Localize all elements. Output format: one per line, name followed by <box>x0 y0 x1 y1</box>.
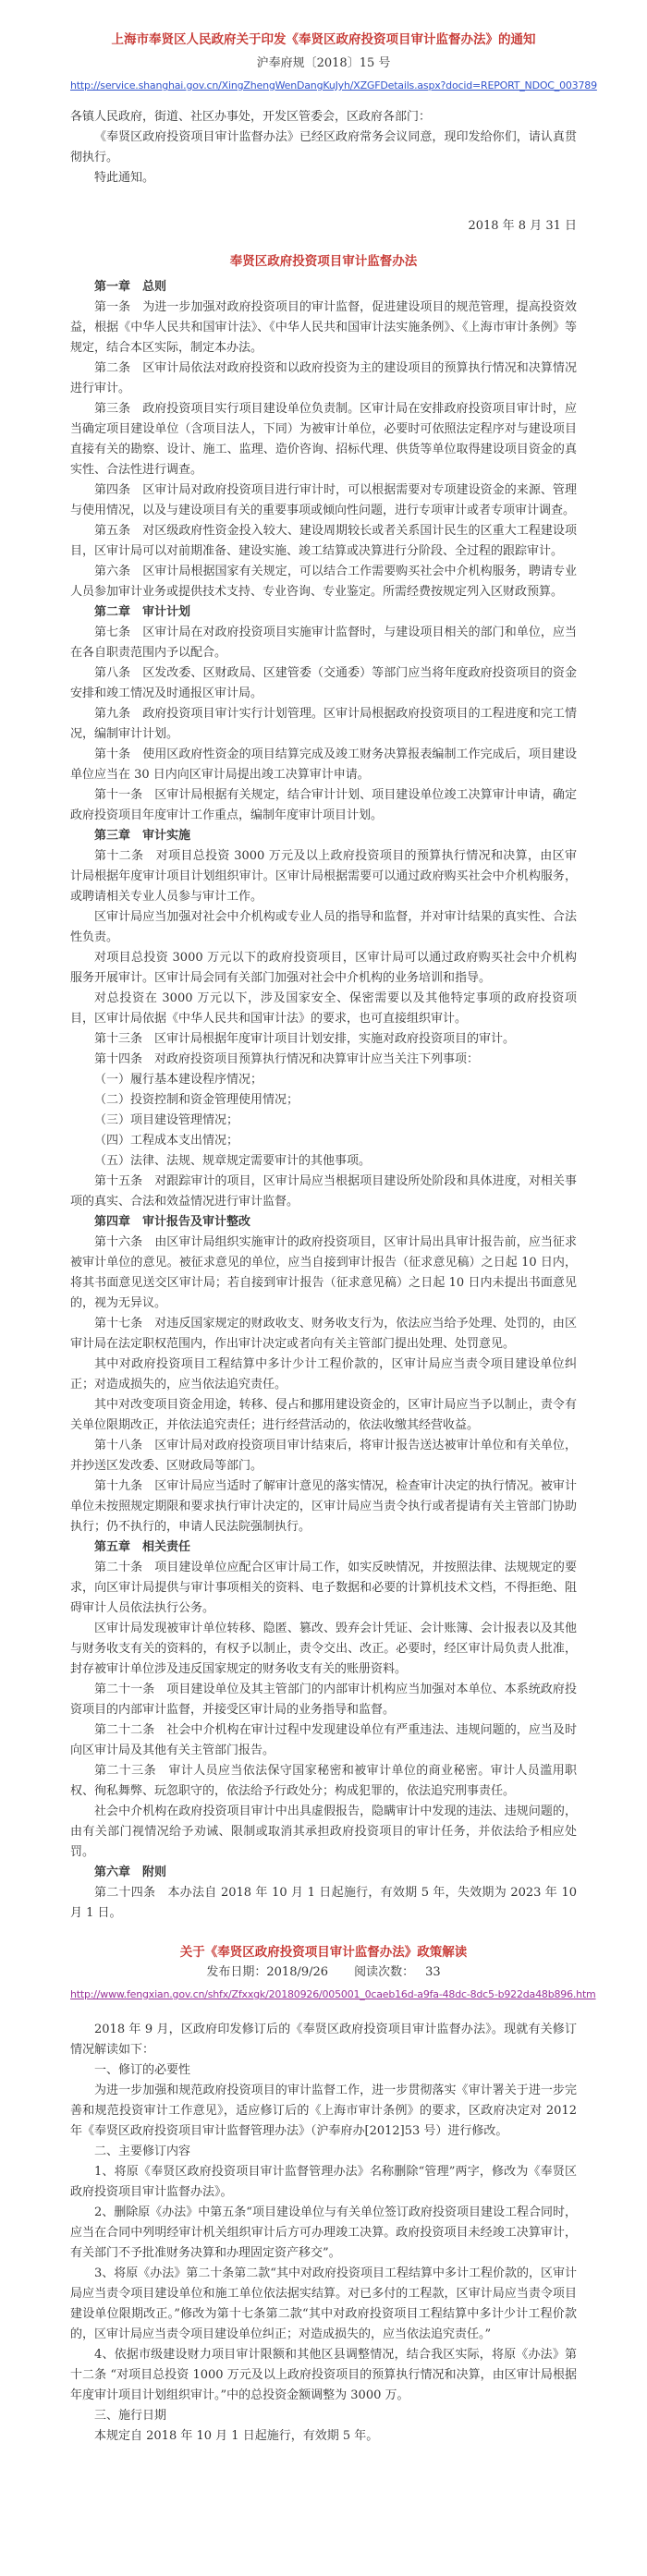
body-paragraph: 第十八条 区审计局对政府投资项目审计结束后，将审计报告送达被审计单位和有关单位，… <box>70 1436 577 1476</box>
body-paragraph: 其中对政府投资项目工程结算中多计少计工程价款的，区审计局应当责令项目建设单位纠正… <box>70 1355 577 1395</box>
issue-date: 2018 年 8 月 31 日 <box>70 216 577 237</box>
measures-section: 奉贤区政府投资项目审计监督办法 第一章 总则第一条 为进一步加强对政府投资项目的… <box>70 251 577 1924</box>
publish-date-value: 2018/9/26 <box>266 1965 328 1979</box>
source-link-line: http://service.shanghai.gov.cn/XingZheng… <box>70 76 577 96</box>
body-paragraph: 第二十三条 审计人员应当依法保守国家秘密和被审计单位的商业秘密。审计人员滥用职权… <box>70 1761 577 1802</box>
body-paragraph: 第二条 区审计局依法对政府投资和以政府投资为主的建设项目的预算执行情况和决算情况… <box>70 358 577 399</box>
body-paragraph: 第一条 为进一步加强对政府投资项目的审计监督，促进建设项目的规范管理，提高投资效… <box>70 298 577 358</box>
body-paragraph: 3、将原《办法》第二十条第二款“其中对政府投资项目工程结算中多计工程价款的，区审… <box>70 2264 577 2345</box>
publish-date-label: 发布日期： <box>206 1965 266 1979</box>
interpretation-title: 关于《奉贤区政府投资项目审计监督办法》政策解读 <box>70 1942 577 1962</box>
body-paragraph: 1、将原《奉贤区政府投资项目审计监督管理办法》名称删除“管理”两字，修改为《奉贤… <box>70 2162 577 2203</box>
body-paragraph: 为进一步加强和规范政府投资项目的审计监督工作，进一步贯彻落实《审计署关于进一步完… <box>70 2081 577 2142</box>
notice-section: 上海市奉贤区人民政府关于印发《奉贤区政府投资项目审计监督办法》的通知 沪奉府规〔… <box>70 30 577 237</box>
read-count-value: 33 <box>425 1965 441 1979</box>
body-paragraph: 第十七条 对违反国家规定的财政收支、财务收支行为，依法应当给予处理、处罚的，由区… <box>70 1314 577 1355</box>
body-paragraph: 社会中介机构在政府投资项目审计中出具虚假报告，隐瞒审计中发现的违法、违规问题的，… <box>70 1802 577 1863</box>
body-paragraph: 第十五条 对跟踪审计的项目，区审计局应当根据项目建设所处阶段和具体进度，对相关事… <box>70 1172 577 1212</box>
body-paragraph: 第二十四条 本办法自 2018 年 10 月 1 日起施行，有效期 5 年，失效… <box>70 1883 577 1924</box>
body-paragraph: 二、主要修订内容 <box>70 2142 577 2162</box>
body-paragraph: （三）项目建设管理情况； <box>70 1111 577 1131</box>
body-paragraph: 第十二条 对项目总投资 3000 万元及以上政府投资项目的预算执行情况和决算，由… <box>70 846 577 907</box>
notice-title: 上海市奉贤区人民政府关于印发《奉贤区政府投资项目审计监督办法》的通知 <box>70 30 577 50</box>
body-paragraph: 第三条 政府投资项目实行项目建设单位负责制。区审计局在安排政府投资项目审计时，应… <box>70 399 577 480</box>
salutation: 各镇人民政府，街道、社区办事处，开发区管委会，区政府各部门： <box>70 107 577 128</box>
body-paragraph: 第六条 区审计局根据国家有关规定，可以结合工作需要购买社会中介机构服务，聘请专业… <box>70 562 577 602</box>
body-paragraph: 第十三条 区审计局根据年度审计项目计划安排，实施对政府投资项目的审计。 <box>70 1029 577 1050</box>
body-paragraph: （四）工程成本支出情况； <box>70 1131 577 1151</box>
document-page: 上海市奉贤区人民政府关于印发《奉贤区政府投资项目审计监督办法》的通知 沪奉府规〔… <box>0 0 647 2576</box>
measures-body: 第一章 总则第一条 为进一步加强对政府投资项目的审计监督，促进建设项目的规范管理… <box>70 277 577 1924</box>
body-paragraph: 第九条 政府投资项目审计实行计划管理。区审计局根据政府投资项目的工程进度和完工情… <box>70 704 577 745</box>
body-paragraph: 第八条 区发改委、区财政局、区建管委（交通委）等部门应当将年度政府投资项目的资金… <box>70 663 577 704</box>
doc-number: 沪奉府规〔2018〕15 号 <box>70 54 577 74</box>
chapter-heading: 第六章 附则 <box>70 1863 577 1883</box>
body-paragraph: （五）法律、法规、规章规定需要审计的其他事项。 <box>70 1151 577 1172</box>
chapter-heading: 第三章 审计实施 <box>70 826 577 846</box>
body-paragraph: 一、修订的必要性 <box>70 2060 577 2081</box>
read-count-label: 阅读次数： <box>354 1965 414 1979</box>
interpretation-body: 2018 年 9 月，区政府印发修订后的《奉贤区政府投资项目审计监督办法》。现就… <box>70 2020 577 2447</box>
body-paragraph: 区审计局应当加强对社会中介机构或专业人员的指导和监督，并对审计结果的真实性、合法… <box>70 907 577 948</box>
body-paragraph: 第五条 对区级政府性资金投入较大、建设周期较长或者关系国计民生的区重大工程建设项… <box>70 521 577 562</box>
notice-paragraph: 《奉贤区政府投资项目审计监督办法》已经区政府常务会议同意，现印发给你们，请认真贯… <box>70 128 577 168</box>
chapter-heading: 第四章 审计报告及审计整改 <box>70 1212 577 1233</box>
body-paragraph: 区审计局发现被审计单位转移、隐匿、篡改、毁弃会计凭证、会计账簿、会计报表以及其他… <box>70 1619 577 1680</box>
body-paragraph: （一）履行基本建设程序情况； <box>70 1070 577 1090</box>
chapter-heading: 第五章 相关责任 <box>70 1537 577 1558</box>
body-paragraph: 第十九条 区审计局应当适时了解审计意见的落实情况，检查审计决定的执行情况。被审计… <box>70 1476 577 1537</box>
body-paragraph: （二）投资控制和资金管理使用情况； <box>70 1090 577 1111</box>
body-paragraph: 对项目总投资 3000 万元以下的政府投资项目，区审计局可以通过政府购买社会中介… <box>70 948 577 989</box>
chapter-heading: 第一章 总则 <box>70 277 577 298</box>
body-paragraph: 第七条 区审计局在对政府投资项目实施审计监督时，与建设项目相关的部门和单位，应当… <box>70 623 577 663</box>
body-paragraph: 第二十一条 项目建设单位及其主管部门的内部审计机构应当加强对本单位、本系统政府投… <box>70 1680 577 1720</box>
body-paragraph: 本规定自 2018 年 10 月 1 日起施行，有效期 5 年。 <box>70 2426 577 2447</box>
publish-meta: 发布日期：2018/9/26阅读次数：33 <box>70 1962 577 1983</box>
source-link[interactable]: http://service.shanghai.gov.cn/XingZheng… <box>70 79 597 91</box>
interpretation-link[interactable]: http://www.fengxian.gov.cn/shfx/Zfxxgk/2… <box>70 1988 596 2000</box>
body-paragraph: 4、依据市级建设财力项目审计限额和其他区县调整情况，结合我区实际，将原《办法》第… <box>70 2345 577 2406</box>
body-paragraph: 第十四条 对政府投资项目预算执行情况和决算审计应当关注下列事项： <box>70 1050 577 1070</box>
interpretation-link-line: http://www.fengxian.gov.cn/shfx/Zfxxgk/2… <box>70 1985 577 2005</box>
body-paragraph: 三、施行日期 <box>70 2406 577 2426</box>
body-paragraph: 对总投资在 3000 万元以下，涉及国家安全、保密需要以及其他特定事项的政府投资… <box>70 989 577 1029</box>
interpretation-section: 关于《奉贤区政府投资项目审计监督办法》政策解读 发布日期：2018/9/26阅读… <box>70 1942 577 2447</box>
body-paragraph: 第十条 使用区政府性资金的项目结算完成及竣工财务决算报表编制工作完成后，项目建设… <box>70 745 577 785</box>
body-paragraph: 第十一条 区审计局根据有关规定，结合审计计划、项目建设单位竣工决算审计申请，确定… <box>70 785 577 826</box>
body-paragraph: 第二十条 项目建设单位应配合区审计局工作，如实反映情况，并按照法律、法规规定的要… <box>70 1558 577 1619</box>
body-paragraph: 其中对改变项目资金用途，转移、侵占和挪用建设资金的，区审计局应当予以制止，责令有… <box>70 1395 577 1436</box>
notice-paragraph: 特此通知。 <box>70 168 577 188</box>
measures-title: 奉贤区政府投资项目审计监督办法 <box>70 251 577 272</box>
body-paragraph: 第四条 区审计局对政府投资项目进行审计时，可以根据需要对专项建设资金的来源、管理… <box>70 480 577 521</box>
body-paragraph: 第二十二条 社会中介机构在审计过程中发现建设单位有严重违法、违规问题的，应当及时… <box>70 1720 577 1761</box>
body-paragraph: 2、删除原《办法》中第五条“项目建设单位与有关单位签订政府投资项目建设工程合同时… <box>70 2203 577 2264</box>
body-paragraph: 2018 年 9 月，区政府印发修订后的《奉贤区政府投资项目审计监督办法》。现就… <box>70 2020 577 2060</box>
body-paragraph: 第十六条 由区审计局组织实施审计的政府投资项目，区审计局出具审计报告前，应当征求… <box>70 1233 577 1314</box>
chapter-heading: 第二章 审计计划 <box>70 602 577 623</box>
